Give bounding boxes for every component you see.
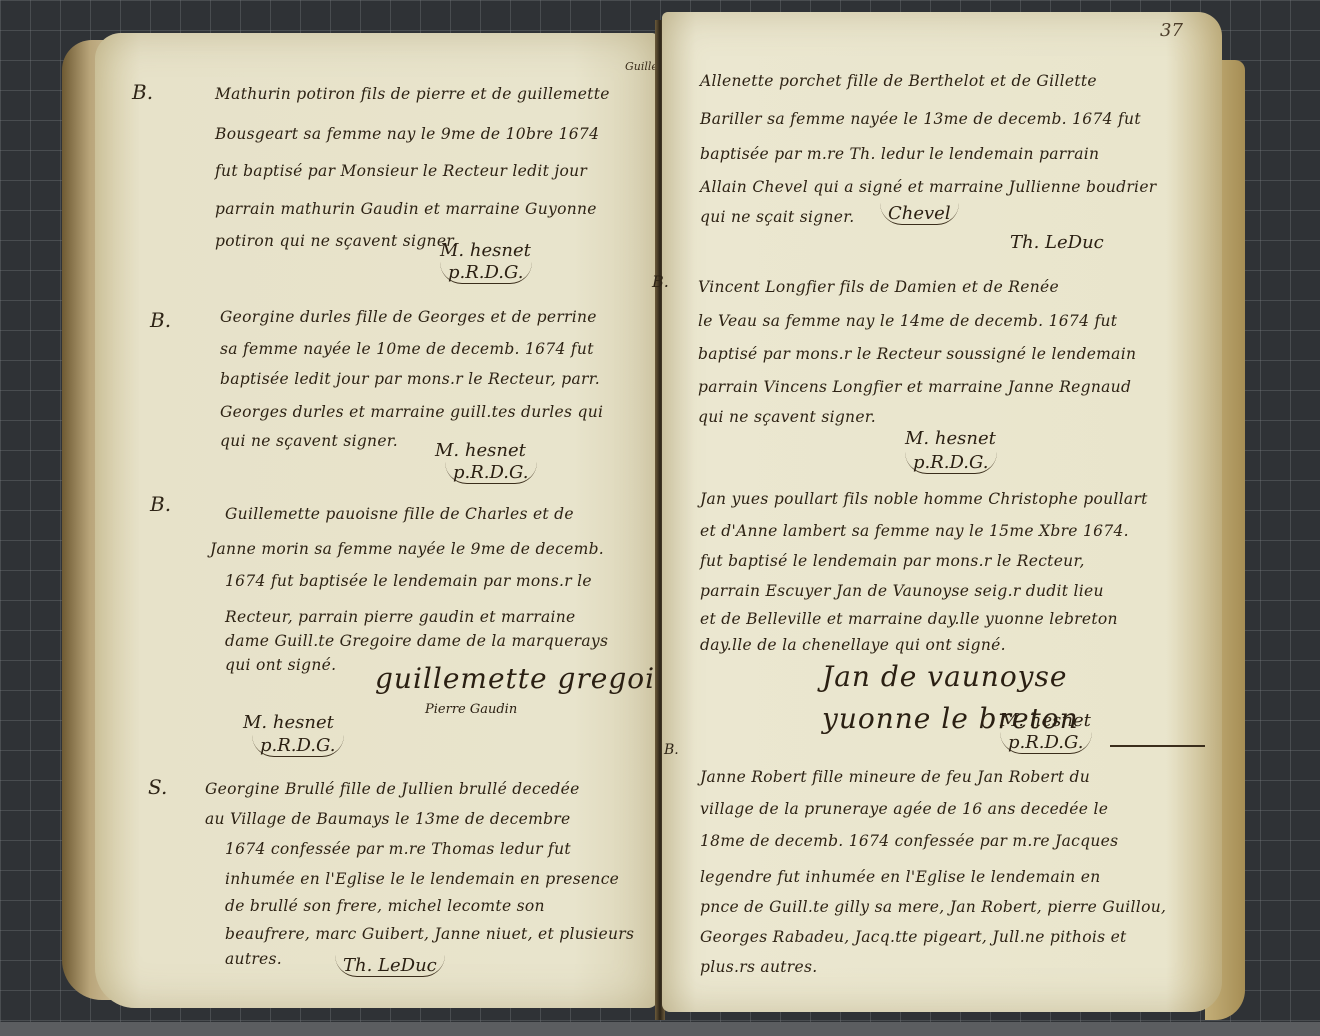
- signature: Chevel: [880, 203, 959, 225]
- signature: Th. LeDuc: [1010, 232, 1104, 253]
- margin-mark-baptism: B.: [652, 272, 669, 291]
- margin-mark-baptism: B.: [132, 80, 153, 104]
- entry-line: plus.rs autres.: [700, 958, 817, 976]
- entry-line: parrain Escuyer Jan de Vaunoyse seig.r d…: [700, 582, 1104, 600]
- entry-line: qui ne sçait signer.: [700, 208, 854, 226]
- entry-line: inhumée en l'Eglise le le lendemain en p…: [225, 870, 619, 888]
- signature: p.R.D.G.: [445, 462, 537, 484]
- entry-line: Allenette porchet fille de Berthelot et …: [700, 72, 1097, 90]
- entry-line: Recteur, parrain pierre gaudin et marrai…: [225, 608, 576, 626]
- entry-line: day.lle de la chenellaye qui ont signé.: [700, 636, 1006, 654]
- signature: M. hesnet: [243, 712, 334, 733]
- entry-line: 1674 confessée par m.re Thomas ledur fut: [225, 840, 571, 858]
- scanner-bottom-band: [0, 1022, 1320, 1036]
- entry-line: Georges Rabadeu, Jacq.tte pigeart, Jull.…: [700, 928, 1127, 946]
- margin-mark-burial: S.: [148, 775, 167, 799]
- signature: guillemette gregoire: [375, 662, 687, 695]
- entry-line: Bariller sa femme nayée le 13me de decem…: [700, 110, 1141, 128]
- entry-line: fut baptisé par Monsieur le Recteur ledi…: [215, 162, 587, 180]
- entry-line: autres.: [225, 950, 282, 968]
- margin-mark: B.: [664, 742, 679, 758]
- margin-mark-baptism: B.: [150, 308, 171, 332]
- entry-line: 1674 fut baptisée le lendemain par mons.…: [225, 572, 592, 590]
- entry-line: Jan yues poullart fils noble homme Chris…: [700, 490, 1148, 508]
- signature: p.R.D.G.: [252, 735, 344, 757]
- entry-line: Janne Robert fille mineure de feu Jan Ro…: [700, 768, 1090, 786]
- entry-line: Georges durles et marraine guill.tes dur…: [220, 403, 603, 421]
- entry-line: et de Belleville et marraine day.lle yuo…: [700, 610, 1118, 628]
- signature: M. hesnet: [1000, 710, 1091, 731]
- entry-line: parrain mathurin Gaudin et marraine Guyo…: [215, 200, 597, 218]
- entry-line: et d'Anne lambert sa femme nay le 15me X…: [700, 522, 1129, 540]
- entry-line: dame Guill.te Gregoire dame de la marque…: [225, 632, 608, 650]
- entry-line: baptisé par mons.r le Recteur soussigné …: [698, 345, 1136, 363]
- signature: p.R.D.G.: [440, 262, 532, 284]
- separator-rule: [1110, 745, 1205, 747]
- entry-line: Mathurin potiron fils de pierre et de gu…: [215, 85, 610, 103]
- signature: p.R.D.G.: [1000, 732, 1092, 754]
- entry-line: sa femme nayée le 10me de decemb. 1674 f…: [220, 340, 594, 358]
- signature: M. hesnet: [435, 440, 526, 461]
- entry-line: pnce de Guill.te gilly sa mere, Jan Robe…: [700, 898, 1166, 916]
- entry-line: qui ne sçavent signer.: [698, 408, 876, 426]
- signature: Pierre Gaudin: [425, 702, 517, 717]
- signature: Th. LeDuc: [335, 955, 445, 977]
- signature: p.R.D.G.: [905, 452, 997, 474]
- entry-line: Bousgeart sa femme nay le 9me de 10bre 1…: [215, 125, 599, 143]
- entry-line: parrain Vincens Longfier et marraine Jan…: [698, 378, 1131, 396]
- entry-line: baptisée ledit jour par mons.r le Recteu…: [220, 370, 600, 388]
- entry-line: au Village de Baumays le 13me de decembr…: [205, 810, 570, 828]
- entry-line: fut baptisé le lendemain par mons.r le R…: [700, 552, 1085, 570]
- entry-line: baptisée par m.re Th. ledur le lendemain…: [700, 145, 1099, 163]
- entry-line: Allain Chevel qui a signé et marraine Ju…: [700, 178, 1157, 196]
- entry-line: 18me de decemb. 1674 confessée par m.re …: [700, 832, 1118, 850]
- entry-line: beaufrere, marc Guibert, Janne niuet, et…: [225, 925, 634, 943]
- signature: M. hesnet: [440, 240, 531, 261]
- entry-line: potiron qui ne sçavent signer.: [215, 232, 458, 250]
- entry-line: de brullé son frere, michel lecomte son: [225, 897, 545, 915]
- entry-line: Vincent Longfier fils de Damien et de Re…: [698, 278, 1059, 296]
- entry-line: legendre fut inhumée en l'Eglise le lend…: [700, 868, 1101, 886]
- entry-line: qui ont signé.: [225, 656, 336, 674]
- signature: M. hesnet: [905, 428, 996, 449]
- entry-line: Guillemette pauoisne fille de Charles et…: [225, 505, 574, 523]
- signature: Jan de vaunoyse: [822, 660, 1067, 693]
- entry-line: qui ne sçavent signer.: [220, 432, 398, 450]
- entry-line: village de la pruneraye agée de 16 ans d…: [700, 800, 1108, 818]
- margin-mark-baptism: B.: [150, 492, 171, 516]
- entry-line: Georgine Brullé fille de Jullien brullé …: [205, 780, 580, 798]
- entry-line: Janne morin sa femme nayée le 9me de dec…: [210, 540, 604, 558]
- entry-line: le Veau sa femme nay le 14me de decemb. …: [698, 312, 1117, 330]
- page-number: 37: [1160, 20, 1183, 41]
- entry-line: Georgine durles fille de Georges et de p…: [220, 308, 597, 326]
